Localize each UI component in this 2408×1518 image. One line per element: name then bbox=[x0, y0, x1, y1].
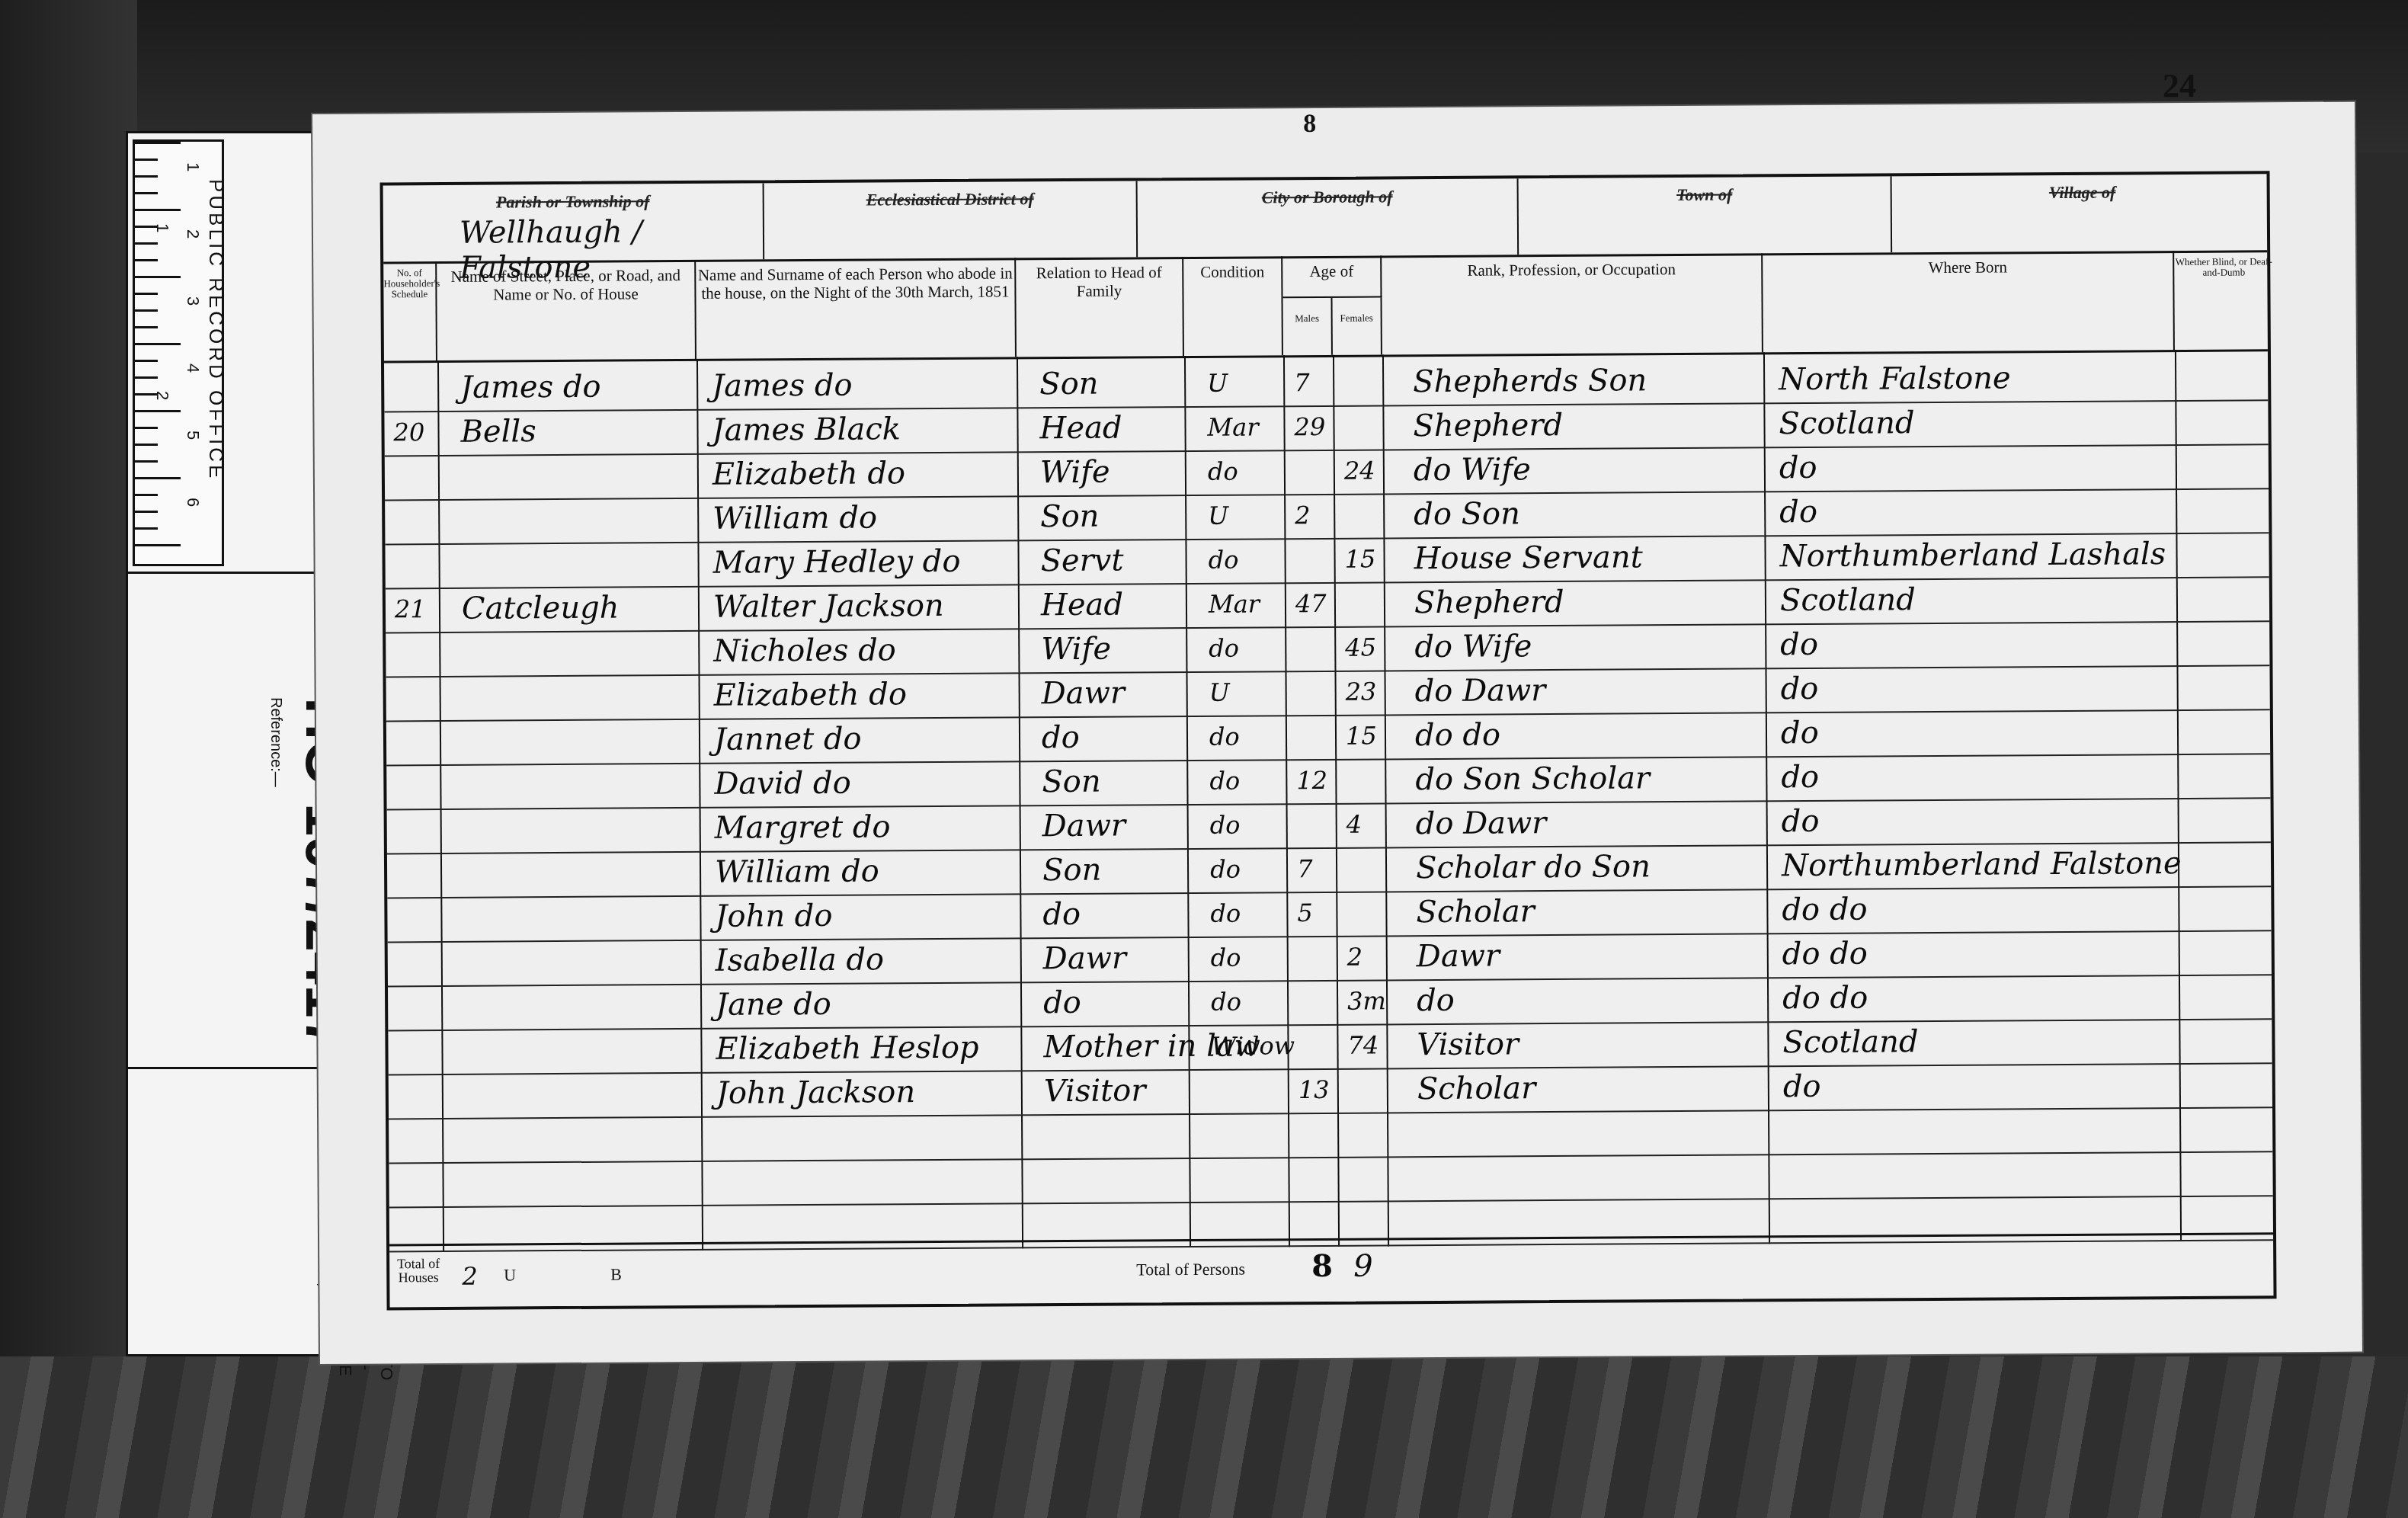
column-header: Name of Street, Place, or Road, and Name… bbox=[437, 260, 696, 360]
column-header: Where Born bbox=[1763, 251, 2175, 352]
row-rule bbox=[385, 444, 2269, 456]
cell-female-age: 15 bbox=[1344, 542, 1375, 575]
houses-count: 2 bbox=[462, 1260, 478, 1293]
column-header: Whether Blind, or Deaf-and-Dumb bbox=[2174, 250, 2274, 350]
cell-relation: Dawr bbox=[1042, 809, 1126, 843]
ruler-tick bbox=[135, 293, 158, 295]
page-number: 8 bbox=[1303, 110, 1316, 139]
reference-strip: 12345612 PUBLIC RECORD OFFICE Reference:… bbox=[126, 131, 325, 1356]
cell-name: Isabella do bbox=[716, 943, 885, 977]
cell-male-age: 47 bbox=[1295, 587, 1327, 620]
cell-relation: Dawr bbox=[1043, 941, 1127, 975]
cell-relation: Head bbox=[1039, 412, 1122, 446]
header-field: Ecclesiastical District of bbox=[764, 181, 1138, 259]
cell-born: do bbox=[1779, 451, 1817, 485]
cell-born: Northumberland Falstone bbox=[1782, 847, 2182, 882]
cell-relation: do bbox=[1042, 898, 1081, 931]
cell-name: James do bbox=[712, 369, 853, 403]
cell-relation: do bbox=[1042, 721, 1080, 754]
column-header: No. of Householder's Schedule bbox=[383, 261, 437, 360]
cell-male-age: 7 bbox=[1297, 852, 1313, 885]
cell-occupation: House Servant bbox=[1414, 540, 1642, 575]
cell-born: do bbox=[1781, 716, 1819, 750]
header-field-label: Village of bbox=[1892, 181, 2273, 203]
ruler-tick bbox=[135, 410, 181, 412]
cell-female-age: 4 bbox=[1346, 808, 1363, 841]
cell-name: John Jackson bbox=[716, 1075, 916, 1110]
row-rule bbox=[386, 709, 2270, 722]
cell-name: James Black bbox=[712, 412, 901, 447]
cell-name: Walter Jackson bbox=[713, 589, 944, 624]
ruler-number: 3 bbox=[183, 296, 203, 306]
row-rule bbox=[384, 399, 2268, 412]
cell-relation: Son bbox=[1040, 500, 1100, 533]
cell-born: do bbox=[1781, 672, 1819, 706]
cell-occupation: Shepherd bbox=[1414, 585, 1564, 620]
row-rule bbox=[386, 753, 2270, 766]
header-field: Parish or Township ofWellhaugh / Falston… bbox=[383, 183, 765, 261]
cell-occupation: do bbox=[1417, 984, 1455, 1017]
cell-born: Scotland bbox=[1782, 1025, 1918, 1059]
ruler-tick bbox=[135, 175, 158, 178]
cell-schedule: 21 bbox=[395, 592, 426, 626]
cell-relation: Wife bbox=[1041, 632, 1111, 667]
cell-born: do do bbox=[1782, 982, 1868, 1016]
cell-born: do bbox=[1780, 628, 1818, 661]
ruler-tick bbox=[135, 343, 181, 345]
cell-occupation: Shepherds Son bbox=[1413, 363, 1647, 399]
cell-occupation: Dawr bbox=[1417, 940, 1500, 974]
ruler-number: 5 bbox=[183, 431, 203, 440]
cell-born: Scotland bbox=[1780, 583, 1916, 617]
cell-occupation: Scholar bbox=[1417, 1071, 1536, 1106]
census-page: 8 24 Parish or Township ofWellhaugh / Fa… bbox=[312, 102, 2362, 1364]
row-rule bbox=[388, 930, 2272, 943]
row-rule bbox=[389, 1062, 2272, 1075]
cell-name: William do bbox=[712, 501, 877, 535]
cell-born: do bbox=[1779, 495, 1817, 529]
strip-divider bbox=[128, 572, 323, 574]
ruler-tick bbox=[135, 192, 158, 194]
row-rule bbox=[385, 488, 2269, 501]
cell-condition: U bbox=[1209, 676, 1230, 709]
cell-house: James do bbox=[460, 370, 601, 405]
ruler-tick bbox=[135, 309, 158, 312]
column-header: Name and Surname of each Person who abod… bbox=[696, 258, 1017, 359]
cell-condition: do bbox=[1209, 764, 1240, 798]
cell-relation: Dawr bbox=[1042, 677, 1126, 711]
cell-relation: Son bbox=[1042, 853, 1102, 887]
cell-male-age: 2 bbox=[1295, 498, 1311, 532]
cell-condition: Mar bbox=[1209, 587, 1260, 620]
folio-number: 24 bbox=[2163, 66, 2196, 105]
cell-name: David do bbox=[714, 767, 851, 801]
header-field-label: Ecclesiastical District of bbox=[764, 188, 1136, 210]
cell-female-age: 45 bbox=[1345, 630, 1376, 664]
cell-occupation: Shepherd bbox=[1413, 408, 1563, 443]
cell-name: John do bbox=[715, 899, 832, 934]
cell-occupation: do Wife bbox=[1414, 629, 1532, 664]
cell-male-age: 29 bbox=[1294, 410, 1325, 444]
cell-born: North Falstone bbox=[1779, 361, 2011, 396]
background-left bbox=[0, 0, 137, 1518]
cell-condition: U bbox=[1208, 499, 1228, 533]
cell-relation: Head bbox=[1041, 588, 1123, 623]
cell-condition: do bbox=[1211, 941, 1241, 975]
cell-name: Elizabeth Heslop bbox=[716, 1031, 978, 1066]
cell-condition: Widow bbox=[1211, 1029, 1295, 1063]
background-wood bbox=[0, 1356, 2408, 1518]
cell-occupation: do Dawr bbox=[1416, 806, 1547, 841]
cell-name: Mary Hedley do bbox=[712, 545, 960, 580]
age-subheader: Males bbox=[1282, 298, 1332, 355]
row-rule bbox=[387, 797, 2271, 810]
ruler-tick bbox=[135, 142, 181, 144]
cell-male-age: 7 bbox=[1294, 366, 1310, 399]
header-field: City or Borough of bbox=[1138, 178, 1519, 257]
cell-name: Jannet do bbox=[714, 722, 862, 757]
cell-name: Jane do bbox=[716, 988, 831, 1022]
strip-divider bbox=[128, 1067, 323, 1069]
ruler-tick bbox=[135, 209, 181, 211]
cell-born: do bbox=[1782, 805, 1820, 838]
column-header: Condition bbox=[1183, 256, 1283, 356]
cell-female-age: 2 bbox=[1347, 940, 1363, 974]
cell-female-age: 3m bbox=[1347, 984, 1386, 1017]
total-males: 8 bbox=[1311, 1250, 1333, 1283]
cell-relation: Wife bbox=[1040, 456, 1110, 490]
row-rule bbox=[388, 1018, 2272, 1031]
cell-condition: do bbox=[1211, 985, 1241, 1019]
row-rule bbox=[389, 1151, 2272, 1164]
column-headers: No. of Householder's ScheduleName of Str… bbox=[383, 250, 2268, 363]
cell-occupation: Scholar do Son bbox=[1416, 850, 1651, 885]
cell-male-age: 13 bbox=[1298, 1073, 1330, 1106]
ruler-tick bbox=[135, 427, 158, 429]
cell-male-age: 12 bbox=[1296, 764, 1327, 797]
total-females: 9 bbox=[1353, 1250, 1373, 1283]
row-rule bbox=[386, 576, 2269, 589]
ruler-tick bbox=[135, 242, 158, 245]
cell-female-age: 74 bbox=[1347, 1028, 1379, 1062]
row-rule bbox=[387, 885, 2271, 898]
ruler-number: 2 bbox=[183, 229, 203, 239]
cell-schedule: 20 bbox=[393, 415, 424, 449]
ruler-tick bbox=[135, 494, 158, 496]
header-field-label: Parish or Township of bbox=[383, 191, 763, 213]
ruler-tick bbox=[135, 527, 158, 530]
cell-male-age: 5 bbox=[1297, 896, 1313, 930]
record-office-title: PUBLIC RECORD OFFICE bbox=[204, 179, 228, 481]
total-persons-label: Total of Persons bbox=[1136, 1263, 1245, 1277]
ruler-tick bbox=[135, 477, 181, 479]
cell-name: Nicholes do bbox=[713, 633, 896, 668]
ruler-number: 2 bbox=[152, 391, 172, 400]
cell-name: Margret do bbox=[715, 810, 891, 844]
ruler-number: 1 bbox=[183, 162, 203, 171]
ruler-tick bbox=[135, 544, 181, 546]
ruler-number: 6 bbox=[183, 498, 203, 507]
ruler-tick bbox=[135, 376, 158, 379]
cell-born: Northumberland Lashals bbox=[1779, 537, 2166, 573]
cell-born: do bbox=[1781, 761, 1819, 794]
totals-row: Total of Houses 2 U B Total of Persons 8… bbox=[389, 1232, 2273, 1307]
total-houses-label: Total of Houses bbox=[395, 1257, 441, 1284]
cell-occupation: do Dawr bbox=[1415, 674, 1546, 708]
cell-occupation: do Son Scholar bbox=[1415, 761, 1650, 796]
cell-house: Bells bbox=[460, 415, 536, 449]
cell-female-age: 23 bbox=[1346, 674, 1377, 708]
cell-name: Elizabeth do bbox=[712, 456, 905, 492]
row-rule bbox=[389, 1195, 2273, 1208]
cell-condition: do bbox=[1210, 897, 1241, 930]
ruler-number: 1 bbox=[152, 223, 172, 232]
census-form: Parish or Township ofWellhaugh / Falston… bbox=[380, 171, 2277, 1310]
cell-female-age: 15 bbox=[1346, 719, 1377, 752]
cell-occupation: do Son bbox=[1414, 497, 1520, 531]
row-rule bbox=[389, 1106, 2272, 1119]
cell-condition: do bbox=[1208, 543, 1238, 577]
ruler-tick bbox=[135, 326, 158, 328]
row-rule bbox=[388, 974, 2272, 987]
ruler-tick bbox=[135, 460, 158, 463]
cell-condition: Mar bbox=[1207, 410, 1258, 444]
column-header: Rank, Profession, or Occupation bbox=[1382, 253, 1763, 354]
cell-relation: Servt bbox=[1040, 544, 1123, 578]
cell-relation: Visitor bbox=[1044, 1074, 1146, 1108]
cell-occupation: Visitor bbox=[1417, 1027, 1519, 1062]
header-field: Town of bbox=[1519, 176, 1893, 255]
header-fields-row: Parish or Township ofWellhaugh / Falston… bbox=[383, 174, 2268, 264]
cell-relation: do bbox=[1043, 986, 1081, 1020]
cell-occupation: Scholar bbox=[1416, 895, 1535, 929]
column-header: Relation to Head of Family bbox=[1016, 257, 1184, 357]
cell-occupation: do Wife bbox=[1414, 453, 1531, 487]
cell-name: Elizabeth do bbox=[714, 677, 907, 713]
cell-born: Scotland bbox=[1779, 406, 1914, 440]
ruler-tick bbox=[135, 159, 158, 161]
ruler-tick bbox=[135, 444, 158, 446]
cell-relation: Son bbox=[1039, 367, 1099, 401]
age-subheader: Females bbox=[1332, 297, 1382, 354]
cell-condition: do bbox=[1210, 853, 1241, 886]
cell-born: do bbox=[1783, 1070, 1821, 1103]
ruler-tick bbox=[135, 511, 158, 513]
cell-name: William do bbox=[715, 854, 879, 889]
row-rule bbox=[386, 665, 2270, 677]
ruler-tick bbox=[135, 259, 158, 261]
reference-label: Reference:— bbox=[267, 697, 284, 787]
cell-born: do do bbox=[1782, 893, 1867, 927]
cell-condition: do bbox=[1209, 632, 1239, 665]
header-field-label: City or Borough of bbox=[1138, 186, 1517, 208]
cell-house: Catcleugh bbox=[462, 591, 620, 626]
cell-female-age: 24 bbox=[1344, 453, 1375, 487]
building-label: B bbox=[610, 1268, 622, 1282]
cell-relation: Son bbox=[1042, 765, 1101, 799]
cell-condition: do bbox=[1210, 809, 1241, 842]
cell-condition: do bbox=[1209, 720, 1240, 754]
age-header: Age of bbox=[1282, 255, 1382, 298]
row-rule bbox=[386, 620, 2269, 633]
uninhabited-label: U bbox=[504, 1268, 516, 1282]
header-field-label: Town of bbox=[1519, 184, 1891, 206]
cell-condition: do bbox=[1208, 455, 1238, 488]
cell-condition: U bbox=[1207, 367, 1228, 400]
ruler-tick bbox=[135, 360, 158, 362]
ruler-number: 4 bbox=[183, 363, 203, 373]
cell-born: do do bbox=[1782, 937, 1868, 972]
header-field: Village of bbox=[1892, 174, 2274, 252]
cell-occupation: do do bbox=[1415, 718, 1500, 752]
ruler-tick bbox=[135, 276, 181, 278]
